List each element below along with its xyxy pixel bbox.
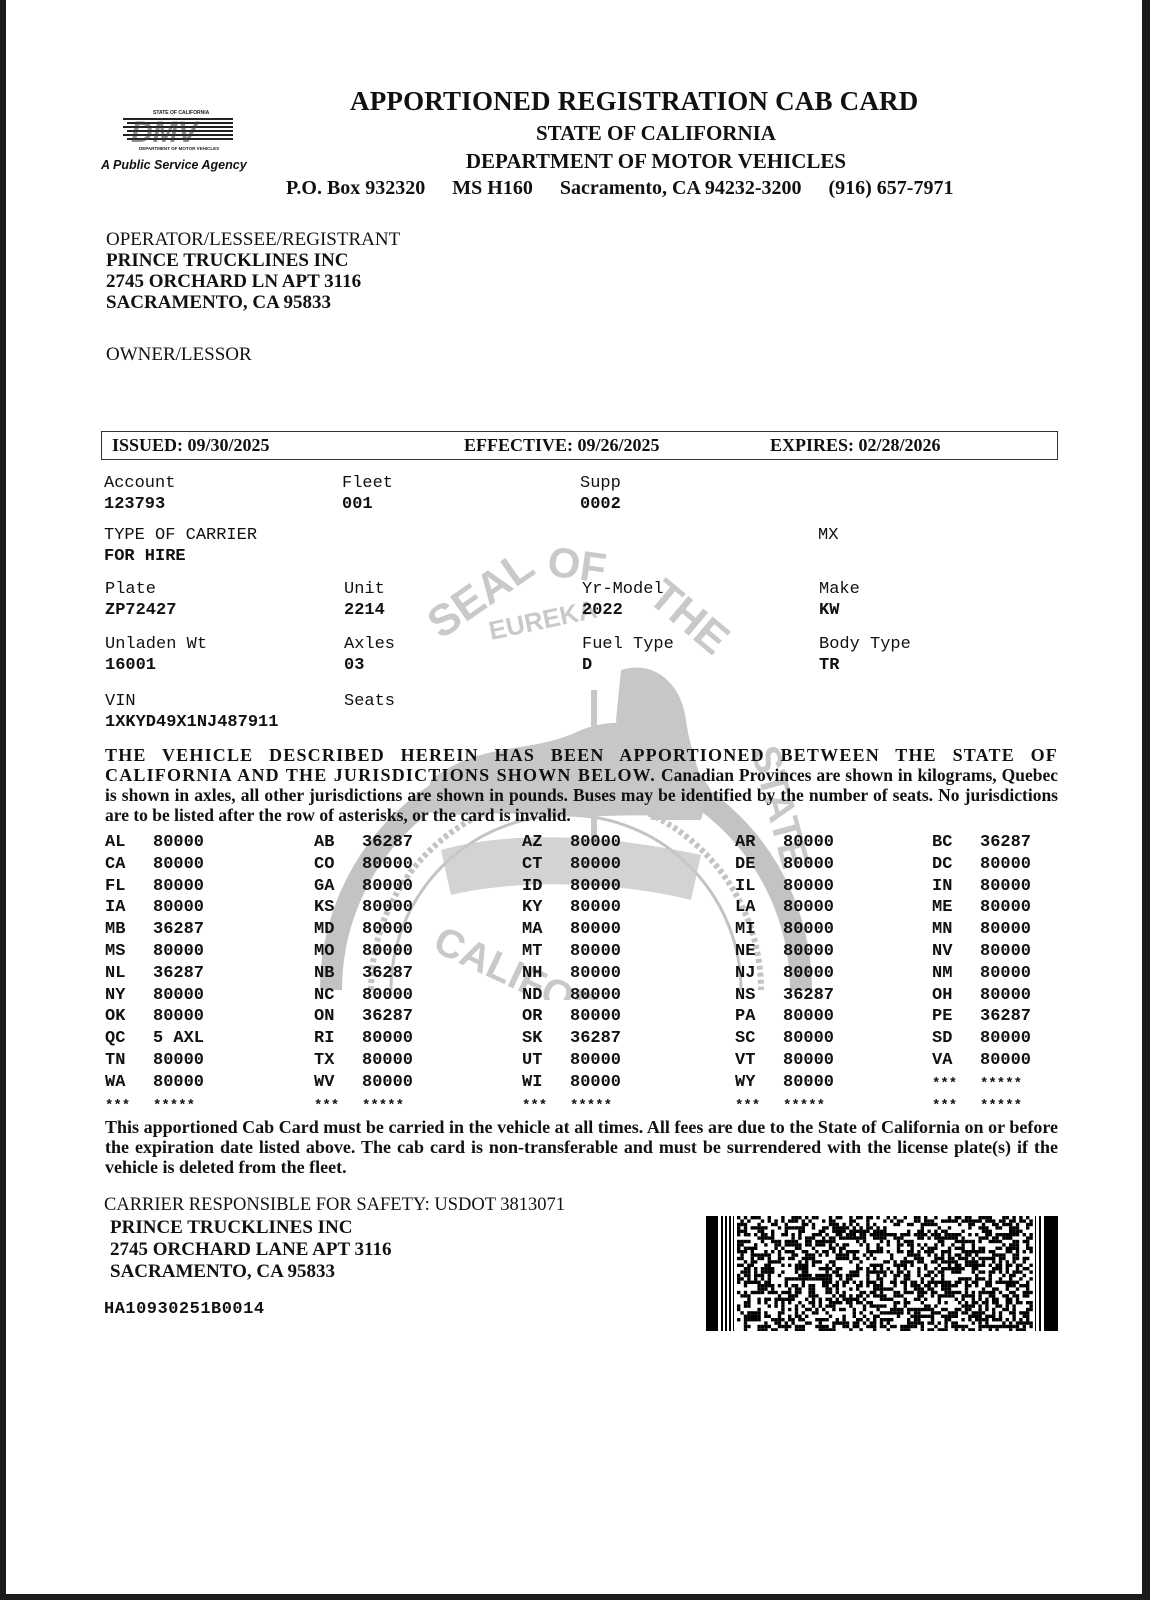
jurisdiction-entry: SC80000 — [735, 1029, 834, 1048]
supp-label: Supp — [580, 474, 621, 493]
jurisdiction-weight: 80000 — [153, 1051, 204, 1070]
jurisdiction-terminator: ******** — [932, 1076, 1022, 1092]
jurisdiction-code: AL — [105, 833, 153, 852]
jurisdiction-code: DE — [735, 855, 783, 874]
jurisdiction-weight: ***** — [570, 1098, 612, 1114]
jurisdiction-entry: WY80000 — [735, 1073, 834, 1092]
carrier-city: SACRAMENTO, CA 95833 — [110, 1261, 335, 1283]
jurisdiction-entry: UT80000 — [522, 1051, 621, 1070]
seats-label: Seats — [344, 692, 395, 711]
jurisdiction-code: MN — [932, 920, 980, 939]
jurisdiction-entry: KS80000 — [314, 898, 413, 917]
jurisdiction-code: BC — [932, 833, 980, 852]
jurisdiction-code: TX — [314, 1051, 362, 1070]
jurisdiction-code: NE — [735, 942, 783, 961]
jurisdiction-weight: 80000 — [783, 964, 834, 983]
jurisdiction-weight: 80000 — [783, 1007, 834, 1026]
jurisdiction-entry: IN80000 — [932, 877, 1031, 896]
jurisdiction-entry: GA80000 — [314, 877, 413, 896]
jurisdiction-weight: 80000 — [783, 1051, 834, 1070]
jurisdiction-weight: 80000 — [362, 986, 413, 1005]
department-address: P.O. Box 932320 MS H160 Sacramento, CA 9… — [286, 177, 975, 200]
jurisdiction-code: TN — [105, 1051, 153, 1070]
jurisdiction-code: MO — [314, 942, 362, 961]
jurisdiction-terminator: ******** — [932, 1098, 1022, 1114]
jurisdiction-weight: 80000 — [153, 942, 204, 961]
jurisdiction-code: NM — [932, 964, 980, 983]
jurisdiction-weight: 36287 — [362, 964, 413, 983]
jurisdiction-code: LA — [735, 898, 783, 917]
jurisdiction-weight: 80000 — [570, 964, 621, 983]
jurisdiction-entry: ME80000 — [932, 898, 1031, 917]
account-value: 123793 — [104, 495, 165, 514]
jurisdiction-entry: MS80000 — [105, 942, 204, 961]
jurisdiction-weight: 80000 — [362, 1029, 413, 1048]
jurisdiction-code: AR — [735, 833, 783, 852]
jurisdiction-entry: PE36287 — [932, 1007, 1031, 1026]
dates-box: ISSUED: 09/30/2025 EFFECTIVE: 09/26/2025… — [101, 431, 1058, 460]
jurisdiction-weight: ***** — [153, 1098, 195, 1114]
jurisdiction-entry: AR80000 — [735, 833, 834, 852]
jurisdiction-code: NH — [522, 964, 570, 983]
plate-label: Plate — [105, 580, 156, 599]
jurisdiction-weight: 36287 — [980, 833, 1031, 852]
jurisdiction-code: MD — [314, 920, 362, 939]
jurisdiction-code: *** — [105, 1098, 153, 1114]
jurisdiction-code: KS — [314, 898, 362, 917]
jurisdiction-weight: 80000 — [980, 964, 1031, 983]
fuel-type-label: Fuel Type — [582, 635, 674, 654]
jurisdiction-weight: 80000 — [153, 986, 204, 1005]
fuel-type-value: D — [582, 656, 592, 675]
jurisdiction-entry: NV80000 — [932, 942, 1031, 961]
make-value: KW — [819, 601, 839, 620]
jurisdiction-weight: 80000 — [980, 1029, 1031, 1048]
make-label: Make — [819, 580, 860, 599]
jurisdiction-weight: 80000 — [980, 877, 1031, 896]
body-type-value: TR — [819, 656, 839, 675]
jurisdiction-entry: SD80000 — [932, 1029, 1031, 1048]
jurisdiction-entry: NM80000 — [932, 964, 1031, 983]
jurisdiction-weight: 80000 — [980, 1051, 1031, 1070]
jurisdiction-weight: 80000 — [980, 986, 1031, 1005]
unladen-wt-label: Unladen Wt — [105, 635, 207, 654]
state-name: STATE OF CALIFORNIA — [6, 121, 1150, 146]
jurisdiction-entry: KY80000 — [522, 898, 621, 917]
jurisdiction-code: *** — [522, 1098, 570, 1114]
body-type-label: Body Type — [819, 635, 911, 654]
unit-label: Unit — [344, 580, 385, 599]
axles-value: 03 — [344, 656, 364, 675]
jurisdiction-entry: NH80000 — [522, 964, 621, 983]
axles-label: Axles — [344, 635, 395, 654]
jurisdiction-entry: DC80000 — [932, 855, 1031, 874]
jurisdiction-weight: 80000 — [570, 877, 621, 896]
jurisdiction-weight: 80000 — [783, 1073, 834, 1092]
jurisdiction-entry: QC5 AXL — [105, 1029, 204, 1048]
jurisdiction-code: VT — [735, 1051, 783, 1070]
jurisdiction-weight: 80000 — [570, 920, 621, 939]
jurisdiction-weight: 80000 — [980, 942, 1031, 961]
jurisdiction-entry: DE80000 — [735, 855, 834, 874]
jurisdiction-entry: AB36287 — [314, 833, 413, 852]
city-state-zip: Sacramento, CA 94232-3200 — [560, 177, 802, 199]
account-label: Account — [104, 474, 175, 493]
jurisdiction-code: PA — [735, 1007, 783, 1026]
jurisdiction-weight: 80000 — [362, 920, 413, 939]
jurisdiction-entry: OH80000 — [932, 986, 1031, 1005]
jurisdiction-entry: MN80000 — [932, 920, 1031, 939]
jurisdiction-weight: 36287 — [153, 920, 204, 939]
jurisdiction-weight: 80000 — [362, 942, 413, 961]
jurisdiction-code: CT — [522, 855, 570, 874]
jurisdiction-code: WA — [105, 1073, 153, 1092]
cab-card-footer-notice: This apportioned Cab Card must be carrie… — [105, 1117, 1058, 1177]
jurisdiction-code: OR — [522, 1007, 570, 1026]
carrier-street: 2745 ORCHARD LANE APT 3116 — [110, 1239, 392, 1261]
jurisdiction-terminator: ******** — [314, 1098, 404, 1114]
vin-label: VIN — [105, 692, 136, 711]
jurisdiction-weight: 80000 — [783, 877, 834, 896]
jurisdiction-entry: CO80000 — [314, 855, 413, 874]
jurisdiction-code: KY — [522, 898, 570, 917]
registrant-street: 2745 ORCHARD LN APT 3116 — [106, 271, 361, 293]
owner-lessor-label: OWNER/LESSOR — [106, 344, 252, 366]
jurisdiction-entry: WA80000 — [105, 1073, 204, 1092]
jurisdiction-weight: 80000 — [153, 898, 204, 917]
jurisdiction-weight: 36287 — [783, 986, 834, 1005]
jurisdiction-weight: 80000 — [153, 833, 204, 852]
pdf417-barcode-icon — [706, 1216, 1060, 1331]
jurisdiction-entry: CT80000 — [522, 855, 621, 874]
jurisdiction-weight: 80000 — [570, 833, 621, 852]
jurisdiction-code: SC — [735, 1029, 783, 1048]
jurisdiction-weight: 80000 — [362, 898, 413, 917]
jurisdiction-weight: 36287 — [153, 964, 204, 983]
jurisdiction-entry: FL80000 — [105, 877, 204, 896]
jurisdiction-weight: 80000 — [980, 898, 1031, 917]
jurisdiction-code: *** — [932, 1098, 980, 1114]
jurisdiction-entry: MT80000 — [522, 942, 621, 961]
fleet-value: 001 — [342, 495, 373, 514]
jurisdiction-code: DC — [932, 855, 980, 874]
jurisdiction-entry: NC80000 — [314, 986, 413, 1005]
jurisdiction-code: MA — [522, 920, 570, 939]
jurisdiction-code: FL — [105, 877, 153, 896]
registrant-name: PRINCE TRUCKLINES INC — [106, 250, 348, 272]
jurisdiction-code: *** — [735, 1098, 783, 1114]
yr-model-label: Yr-Model — [582, 580, 664, 599]
jurisdiction-entry: MO80000 — [314, 942, 413, 961]
jurisdiction-weight: 80000 — [783, 833, 834, 852]
carrier-safety-label: CARRIER RESPONSIBLE FOR SAFETY: USDOT 38… — [104, 1195, 565, 1216]
jurisdiction-code: NJ — [735, 964, 783, 983]
jurisdiction-entry: NY80000 — [105, 986, 204, 1005]
jurisdiction-weight: 36287 — [362, 1007, 413, 1026]
jurisdiction-weight: 80000 — [783, 942, 834, 961]
jurisdiction-code: NY — [105, 986, 153, 1005]
jurisdiction-weight: 36287 — [570, 1029, 621, 1048]
jurisdiction-code: NL — [105, 964, 153, 983]
jurisdiction-entry: RI80000 — [314, 1029, 413, 1048]
po-box: P.O. Box 932320 — [286, 177, 425, 199]
jurisdiction-code: NB — [314, 964, 362, 983]
jurisdiction-weight: 36287 — [362, 833, 413, 852]
jurisdiction-code: CA — [105, 855, 153, 874]
jurisdiction-entry: OK80000 — [105, 1007, 204, 1026]
jurisdiction-entry: SK36287 — [522, 1029, 621, 1048]
jurisdiction-code: ME — [932, 898, 980, 917]
jurisdiction-weight: 80000 — [980, 855, 1031, 874]
department-name: DEPARTMENT OF MOTOR VEHICLES — [6, 149, 1150, 174]
jurisdiction-weight: 80000 — [570, 1073, 621, 1092]
jurisdiction-code: MI — [735, 920, 783, 939]
control-number: HA10930251B0014 — [104, 1300, 265, 1319]
jurisdiction-entry: WV80000 — [314, 1073, 413, 1092]
jurisdiction-code: AZ — [522, 833, 570, 852]
jurisdiction-weight: 80000 — [570, 898, 621, 917]
jurisdiction-code: GA — [314, 877, 362, 896]
jurisdiction-code: WY — [735, 1073, 783, 1092]
registrant-label: OPERATOR/LESSEE/REGISTRANT — [106, 229, 400, 251]
document-title: APPORTIONED REGISTRATION CAB CARD — [350, 86, 918, 117]
jurisdiction-weight: 80000 — [783, 898, 834, 917]
vin-value: 1XKYD49X1NJ487911 — [105, 713, 278, 732]
jurisdiction-entry: BC36287 — [932, 833, 1031, 852]
jurisdiction-entry: TN80000 — [105, 1051, 204, 1070]
unladen-wt-value: 16001 — [105, 656, 156, 675]
jurisdiction-weight: 80000 — [153, 1007, 204, 1026]
effective-date: EFFECTIVE: 09/26/2025 — [464, 435, 660, 456]
jurisdiction-weight: 80000 — [570, 986, 621, 1005]
jurisdiction-weight: 36287 — [980, 1007, 1031, 1026]
jurisdiction-code: AB — [314, 833, 362, 852]
jurisdiction-code: PE — [932, 1007, 980, 1026]
jurisdiction-code: IA — [105, 898, 153, 917]
jurisdiction-code: OH — [932, 986, 980, 1005]
jurisdiction-weight: 80000 — [153, 877, 204, 896]
jurisdiction-code: ON — [314, 1007, 362, 1026]
jurisdiction-entry: IL80000 — [735, 877, 834, 896]
jurisdiction-code: *** — [932, 1076, 980, 1092]
jurisdiction-weight: 80000 — [153, 1073, 204, 1092]
jurisdiction-entry: NL36287 — [105, 964, 204, 983]
jurisdiction-code: ID — [522, 877, 570, 896]
jurisdiction-code: QC — [105, 1029, 153, 1048]
jurisdiction-weight: 80000 — [783, 1029, 834, 1048]
jurisdiction-entry: ID80000 — [522, 877, 621, 896]
jurisdiction-entry: NS36287 — [735, 986, 834, 1005]
jurisdiction-weight: 80000 — [362, 1051, 413, 1070]
jurisdiction-entry: WI80000 — [522, 1073, 621, 1092]
jurisdiction-code: RI — [314, 1029, 362, 1048]
jurisdiction-entry: MB36287 — [105, 920, 204, 939]
jurisdiction-weight: 80000 — [570, 942, 621, 961]
jurisdiction-code: IL — [735, 877, 783, 896]
jurisdiction-weight: 80000 — [783, 855, 834, 874]
mx-label: MX — [818, 526, 838, 545]
carrier-type-label: TYPE OF CARRIER — [104, 526, 257, 545]
fleet-label: Fleet — [342, 474, 393, 493]
jurisdiction-entry: ND80000 — [522, 986, 621, 1005]
jurisdiction-code: MB — [105, 920, 153, 939]
jurisdiction-weight: 80000 — [570, 1051, 621, 1070]
expires-date: EXPIRES: 02/28/2026 — [770, 435, 941, 456]
issued-date: ISSUED: 09/30/2025 — [112, 435, 270, 456]
jurisdiction-weight: 5 AXL — [153, 1029, 204, 1048]
registrant-city: SACRAMENTO, CA 95833 — [106, 292, 331, 314]
phone-number: (916) 657-7971 — [828, 177, 953, 199]
jurisdiction-code: WV — [314, 1073, 362, 1092]
jurisdiction-weight: 80000 — [362, 855, 413, 874]
jurisdiction-entry: MA80000 — [522, 920, 621, 939]
jurisdiction-code: NS — [735, 986, 783, 1005]
jurisdiction-entry: MD80000 — [314, 920, 413, 939]
jurisdiction-weight: ***** — [980, 1098, 1022, 1114]
jurisdiction-entry: ON36287 — [314, 1007, 413, 1026]
jurisdiction-weight: 80000 — [362, 1073, 413, 1092]
carrier-type-value: FOR HIRE — [104, 547, 186, 566]
jurisdiction-entry: VA80000 — [932, 1051, 1031, 1070]
jurisdiction-weight: 80000 — [783, 920, 834, 939]
jurisdiction-terminator: ******** — [105, 1098, 195, 1114]
jurisdiction-entry: LA80000 — [735, 898, 834, 917]
jurisdiction-code: ND — [522, 986, 570, 1005]
jurisdiction-weight: 80000 — [980, 920, 1031, 939]
jurisdiction-code: IN — [932, 877, 980, 896]
jurisdiction-terminator: ******** — [522, 1098, 612, 1114]
unit-value: 2214 — [344, 601, 385, 620]
jurisdiction-code: OK — [105, 1007, 153, 1026]
jurisdiction-weight: 80000 — [362, 877, 413, 896]
jurisdiction-weight: 80000 — [570, 855, 621, 874]
plate-value: ZP72427 — [105, 601, 176, 620]
jurisdiction-entry: AL80000 — [105, 833, 204, 852]
jurisdiction-entry: NB36287 — [314, 964, 413, 983]
yr-model-value: 2022 — [582, 601, 623, 620]
jurisdiction-code: NV — [932, 942, 980, 961]
jurisdiction-code: SK — [522, 1029, 570, 1048]
jurisdiction-entry: TX80000 — [314, 1051, 413, 1070]
jurisdiction-code: *** — [314, 1098, 362, 1114]
jurisdiction-code: NC — [314, 986, 362, 1005]
jurisdiction-entry: OR80000 — [522, 1007, 621, 1026]
jurisdiction-entry: NJ80000 — [735, 964, 834, 983]
jurisdiction-weight: 80000 — [153, 855, 204, 874]
jurisdiction-terminator: ******** — [735, 1098, 825, 1114]
jurisdiction-weight: 80000 — [570, 1007, 621, 1026]
cab-card-page: SEAL OF THE STATE EUREKA CALIFORNIA STAT… — [6, 0, 1142, 1594]
jurisdiction-code: SD — [932, 1029, 980, 1048]
jurisdiction-entry: NE80000 — [735, 942, 834, 961]
apportionment-notice: THE VEHICLE DESCRIBED HEREIN HAS BEEN AP… — [105, 745, 1058, 825]
jurisdiction-entry: PA80000 — [735, 1007, 834, 1026]
jurisdiction-code: MS — [105, 942, 153, 961]
carrier-name: PRINCE TRUCKLINES INC — [110, 1217, 352, 1239]
jurisdiction-code: UT — [522, 1051, 570, 1070]
jurisdiction-code: WI — [522, 1073, 570, 1092]
mail-stop: MS H160 — [452, 177, 533, 199]
supp-value: 0002 — [580, 495, 621, 514]
jurisdiction-code: CO — [314, 855, 362, 874]
jurisdiction-entry: MI80000 — [735, 920, 834, 939]
jurisdiction-weight: ***** — [980, 1076, 1022, 1092]
jurisdiction-entry: CA80000 — [105, 855, 204, 874]
jurisdiction-entry: AZ80000 — [522, 833, 621, 852]
jurisdiction-code: VA — [932, 1051, 980, 1070]
jurisdiction-code: MT — [522, 942, 570, 961]
jurisdiction-weight: ***** — [362, 1098, 404, 1114]
jurisdiction-entry: VT80000 — [735, 1051, 834, 1070]
jurisdiction-entry: IA80000 — [105, 898, 204, 917]
jurisdiction-weight: ***** — [783, 1098, 825, 1114]
